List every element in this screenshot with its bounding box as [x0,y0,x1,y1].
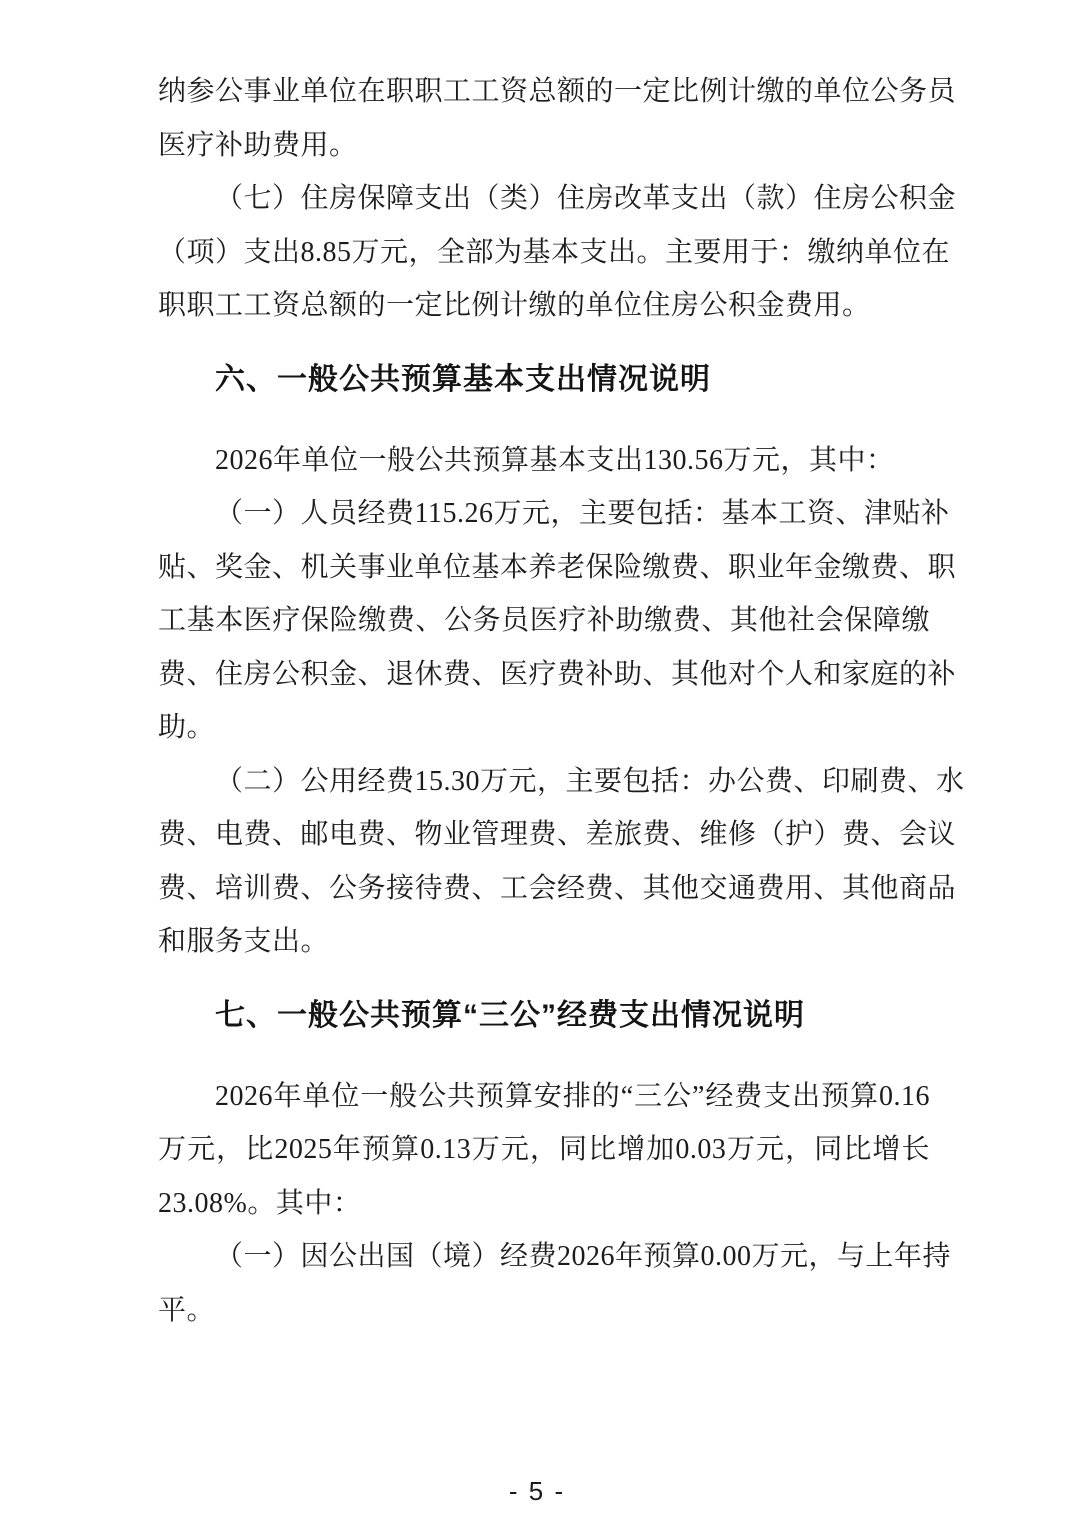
page-number: - 5 - [0,1476,1074,1507]
body-line: 平。 [158,1284,930,1338]
section-six-intro-line: 2026年单位一般公共预算基本支出130.56万元，其中： [158,434,930,488]
body-line: 医疗补助费用。 [158,119,930,173]
paragraph-overseas-trips: （一）因公出国（境）经费2026年预算0.00万元，与上年持 平。 [158,1230,930,1337]
paragraph-housing-expenditure: （七）住房保障支出（类）住房改革支出（款）住房公积金 （项）支出8.85万元，全… [158,172,930,333]
paragraph-public-funds: （二）公用经费15.30万元，主要包括：办公费、印刷费、水 费、电费、邮电费、物… [158,755,930,969]
body-line: 费、电费、邮电费、物业管理费、差旅费、维修（护）费、会议 [158,808,930,862]
body-line: 贴、奖金、机关事业单位基本养老保险缴费、职业年金缴费、职 [158,541,930,595]
body-line: 万元，比2025年预算0.13万元，同比增加0.03万元，同比增长 [158,1123,930,1177]
body-line: 助。 [158,701,930,755]
body-line: 费、住房公积金、退休费、医疗费补助、其他对个人和家庭的补 [158,648,930,702]
paragraph-three-public-overview: 2026年单位一般公共预算安排的“三公”经费支出预算0.16 万元，比2025年… [158,1070,930,1231]
body-line: 费、培训费、公务接待费、工会经费、其他交通费用、其他商品 [158,862,930,916]
body-line: （七）住房保障支出（类）住房改革支出（款）住房公积金 [158,172,930,226]
section-six: 六、一般公共预算基本支出情况说明 2026年单位一般公共预算基本支出130.56… [158,360,930,969]
paragraph-personnel-funds: （一）人员经费115.26万元，主要包括：基本工资、津贴补 贴、奖金、机关事业单… [158,487,930,755]
body-line: 2026年单位一般公共预算安排的“三公”经费支出预算0.16 [158,1070,930,1124]
paragraph-medical-aid-tail: 纳参公事业单位在职职工工资总额的一定比例计缴的单位公务员 医疗补助费用。 [158,65,930,172]
body-line: 和服务支出。 [158,915,930,969]
section-seven-heading: 七、一般公共预算“三公”经费支出情况说明 [158,996,930,1036]
body-line: 23.08%。其中： [158,1177,930,1231]
body-line: 工基本医疗保险缴费、公务员医疗补助缴费、其他社会保障缴 [158,594,930,648]
document-body: 纳参公事业单位在职职工工资总额的一定比例计缴的单位公务员 医疗补助费用。 （七）… [158,65,930,1337]
body-line: （二）公用经费15.30万元，主要包括：办公费、印刷费、水 [158,755,930,809]
body-line: 职职工工资总额的一定比例计缴的单位住房公积金费用。 [158,279,930,333]
body-line: （一）人员经费115.26万元，主要包括：基本工资、津贴补 [158,487,930,541]
section-seven: 七、一般公共预算“三公”经费支出情况说明 2026年单位一般公共预算安排的“三公… [158,996,930,1338]
body-line: 纳参公事业单位在职职工工资总额的一定比例计缴的单位公务员 [158,65,930,119]
body-line: （一）因公出国（境）经费2026年预算0.00万元，与上年持 [158,1230,930,1284]
section-six-heading: 六、一般公共预算基本支出情况说明 [158,360,930,400]
body-line: （项）支出8.85万元，全部为基本支出。主要用于：缴纳单位在 [158,226,930,280]
document-page: 纳参公事业单位在职职工工资总额的一定比例计缴的单位公务员 医疗补助费用。 （七）… [0,0,1074,1520]
